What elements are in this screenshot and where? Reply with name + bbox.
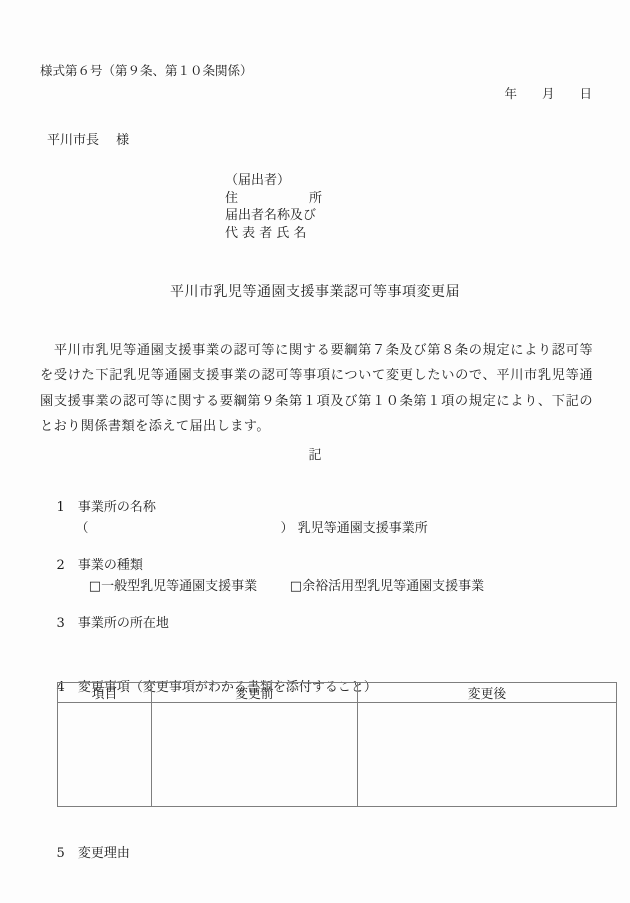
form-number: 様式第６号（第９条、第１０条関係） [40,61,253,79]
paren-open: （ [76,521,89,536]
declarant-block: （届出者） 住 所 届出者名称及び 代 表 者 氏 名 [225,172,322,242]
date-line: 年 月 日 [504,84,592,102]
change-table: 項目 変更前 変更後 [57,682,617,807]
header-after: 変更後 [358,683,617,703]
declarant-name-label: 届出者名称及び [225,207,322,225]
item-5-number: 5 [57,846,65,861]
option-surplus-type-label: 余裕活用型乳児等通園支援事業 [302,579,484,594]
form-page: 様式第６号（第９条、第１０条関係） 年 月 日 平川市長 様 （届出者） 住 所… [0,0,630,903]
item-3-number: 3 [57,616,65,631]
change-table-body-row [58,703,617,807]
table-cell-after[interactable] [358,703,617,807]
header-item: 項目 [58,683,152,703]
checkbox-general-type[interactable]: □ [89,579,101,594]
table-cell-item[interactable] [58,703,152,807]
address-label-start: 住 [225,190,238,208]
addressee: 平川市長 様 [47,129,129,148]
item-2-options: □一般型乳児等通園支援事業 □余裕活用型乳児等通園支援事業 [40,560,600,578]
business-name-blank[interactable] [89,519,281,532]
paren-close: ） [281,521,294,536]
declarant-representative-label: 代 表 者 氏 名 [225,225,322,243]
item-5: 5 変更理由 [40,827,130,876]
option-general-type-label: 一般型乳児等通園支援事業 [101,579,257,594]
checkbox-surplus-type[interactable]: □ [290,579,302,594]
business-name-suffix: 乳児等通園支援事業所 [298,521,428,536]
header-before: 変更前 [152,683,358,703]
table-cell-before[interactable] [152,703,358,807]
item-3-label: 事業所の所在地 [78,616,169,631]
change-table-header-row: 項目 変更前 変更後 [58,683,617,703]
item-5-label: 変更理由 [78,846,130,861]
body-paragraph: 平川市乳児等通園支援事業の認可等に関する要綱第７条及び第８条の規定により認可等を… [40,338,593,439]
record-marker: 記 [0,444,630,463]
declarant-address-label: 住 所 [225,190,322,208]
item-3: 3 事業所の所在地 [40,597,169,646]
option-surplus-type: □余裕活用型乳児等通園支援事業 [265,560,484,609]
page-title: 平川市乳児等通園支援事業認可等事項変更届 [0,281,630,301]
declarant-heading: （届出者） [225,172,322,190]
address-label-end: 所 [309,190,322,208]
